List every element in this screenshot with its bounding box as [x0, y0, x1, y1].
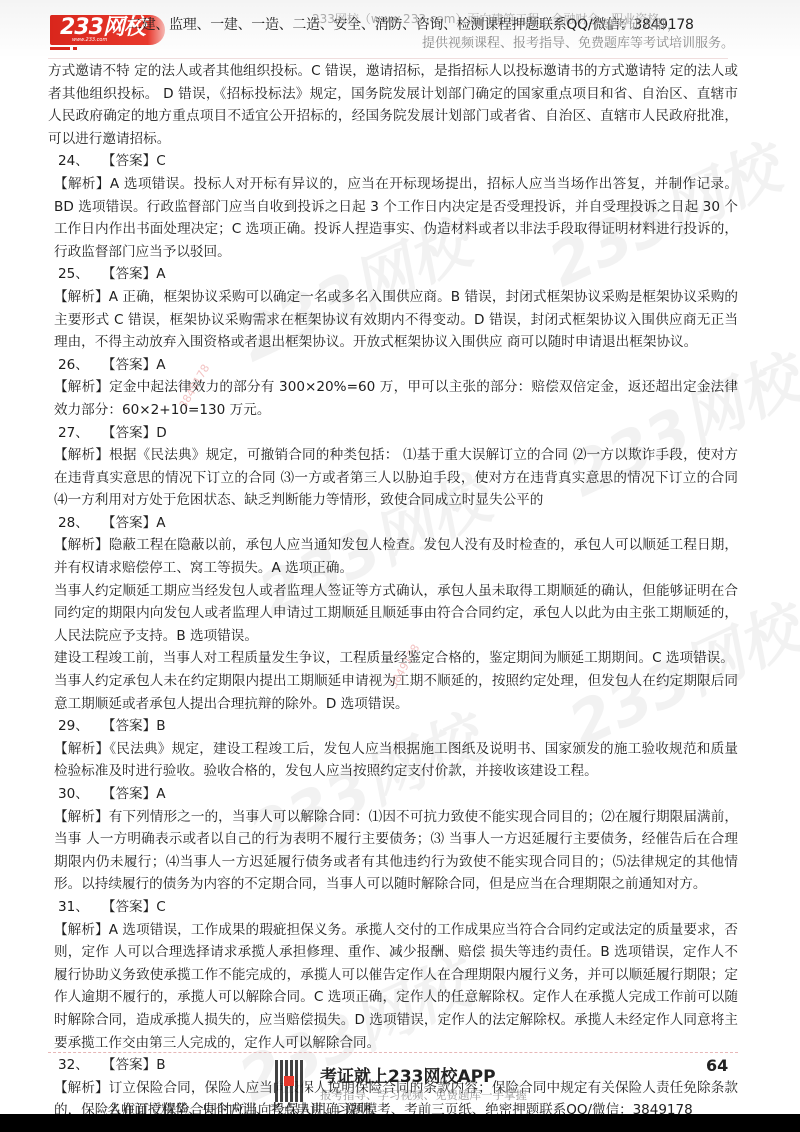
bottom-black-band	[0, 1114, 800, 1132]
logo-url: www.233.com	[72, 37, 107, 43]
question-28-answer: 28、 【答案】A	[48, 512, 738, 535]
footer-divider	[48, 1052, 738, 1053]
question-24-analysis: 【解析】A 选项错误。投标人对开标有异议的，应当在开标现场提出，招标人应当当场作…	[48, 173, 738, 263]
qr-code-logo-icon	[284, 1076, 294, 1086]
logo-accent-dot	[73, 47, 77, 50]
header-divider	[48, 58, 728, 59]
question-31-analysis: 【解析】A 选项错误，工作成果的瑕疵担保义务。承揽人交付的工作成果应当符合合同约…	[48, 919, 738, 1055]
header-line1-tail: 等考证人群，	[602, 14, 680, 33]
answer-explanations: 方式邀请不特 定的法人或者其他组织投标。C 错误，邀请招标，是指招标人以投标邀请…	[48, 60, 738, 1122]
question-28-analysis-d: 当事人约定承包人未在约定期限内提出工期顺延申请视为工期不顺延的，按照约定处理，但…	[48, 670, 738, 715]
page-header: 233网校 www.233.com 233网校（www.233.com）面向建筑…	[0, 0, 800, 58]
question-24-answer: 24、 【答案】C	[48, 150, 738, 173]
question-28-analysis-c: 建设工程竣工前，当事人对工程质量发生争议，工程质量经鉴定合格的，鉴定期间为顺延工…	[48, 647, 738, 670]
question-31-answer: 31、 【答案】C	[48, 896, 738, 919]
question-25-answer: 25、 【答案】A	[48, 263, 738, 286]
question-26-analysis: 【解析】定金中起法律效力的部分有 300×20%=60 万，甲可以主张的部分：赔…	[48, 376, 738, 421]
question-30-analysis: 【解析】有下列情形之一的，当事人可以解除合同：⑴因不可抗力致使不能实现合同目的；…	[48, 806, 738, 896]
question-28-analysis-b: 当事人约定顺延工期应当经发包人或者监理人签证等方式确认，承包人虽未取得工期顺延的…	[48, 580, 738, 648]
app-promo-title: 考证就上233网校APP	[320, 1062, 496, 1087]
question-29-analysis: 【解析】《民法典》规定，建设工程竣工后，发包人应当根据施工图纸及说明书、国家颁发…	[48, 738, 738, 783]
question-29-answer: 29、 【答案】B	[48, 715, 738, 738]
question-27-answer: 27、 【答案】D	[48, 422, 738, 445]
question-25-analysis: 【解析】A 正确，框架协议采购可以确定一名或多名入围供应商。B 错误，封闭式框架…	[48, 286, 738, 354]
header-services-line: 提供视频课程、报考指导、免费题库等考试培训服务。	[422, 32, 734, 51]
question-30-answer: 30、 【答案】A	[48, 783, 738, 806]
continuation-paragraph: 方式邀请不特 定的法人或者其他组织投标。C 错误，邀请招标，是指招标人以投标邀请…	[48, 60, 738, 150]
page-number: 64	[706, 1056, 728, 1075]
logo-accent-bar	[50, 47, 70, 50]
question-28-analysis: 【解析】隐蔽工程在隐蔽以前，承包人应当通知发包人检查。发包人没有及时检查的，承包…	[48, 534, 738, 579]
question-26-answer: 26、 【答案】A	[48, 354, 738, 377]
question-27-analysis: 【解析】根据《民法典》规定，可撤销合同的种类包括： ⑴基于重大误解订立的合同 ⑵…	[48, 444, 738, 512]
